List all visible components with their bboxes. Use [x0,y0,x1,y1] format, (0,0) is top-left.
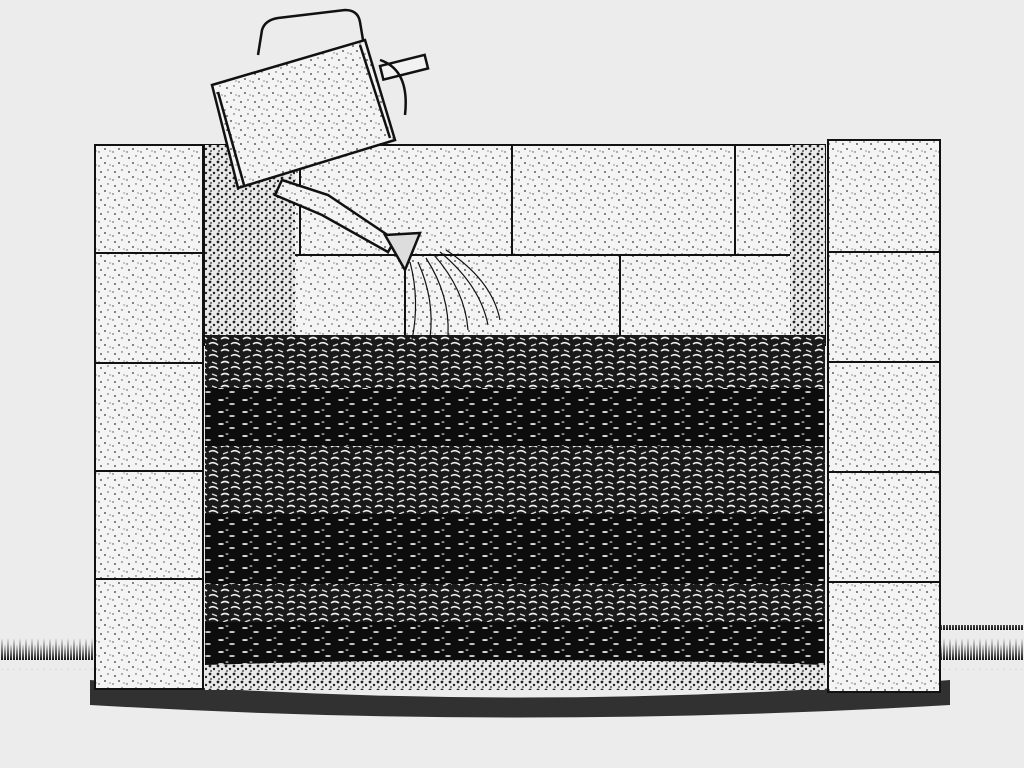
right-column [828,140,940,692]
left-column [95,145,203,689]
back-wall [205,145,825,345]
compost-layers [205,335,825,690]
compost-bin-illustration [0,0,1024,768]
